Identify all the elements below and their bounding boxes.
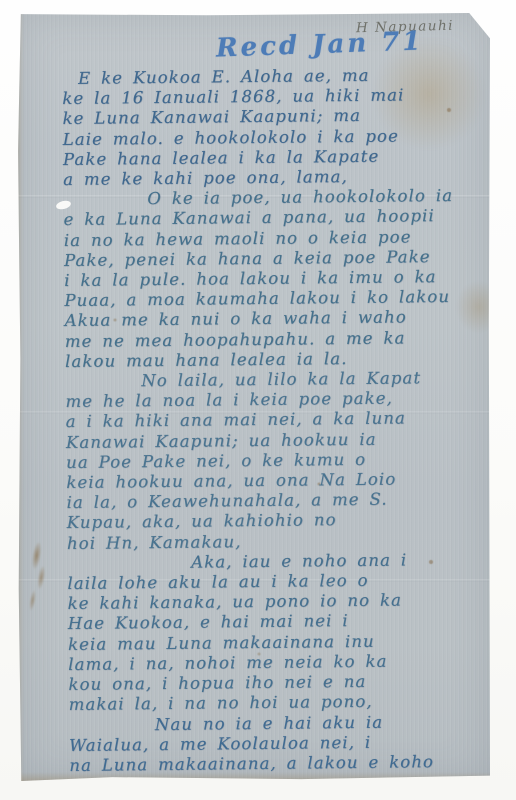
- letter-paragraph-4: Aka, iau e noho ana i laila lohe aku la …: [67, 549, 491, 715]
- letter-body: E ke Kuokoa E. Aloha ae, ma ke la 16 Ian…: [62, 65, 491, 776]
- letter-paragraph-1: E ke Kuokoa E. Aloha ae, ma ke la 16 Ian…: [62, 65, 485, 191]
- letter-page: H Napuauhi Recd Jan 71 E ke Kuokoa E. Al…: [18, 13, 490, 781]
- left-edge-discoloration: [18, 13, 24, 781]
- letter-paragraph-2: O ke ia poe, ua hookolokolo ia e ka Luna…: [63, 186, 487, 372]
- scan-background: H Napuauhi Recd Jan 71 E ke Kuokoa E. Al…: [0, 0, 516, 800]
- letter-paragraph-5: Nau no ia e hai aku ia Waialua, a me Koo…: [69, 711, 492, 776]
- letter-paragraph-3: No laila, ua lilo ka la Kapat me he la n…: [65, 368, 489, 554]
- paper-specks: [18, 13, 20, 15]
